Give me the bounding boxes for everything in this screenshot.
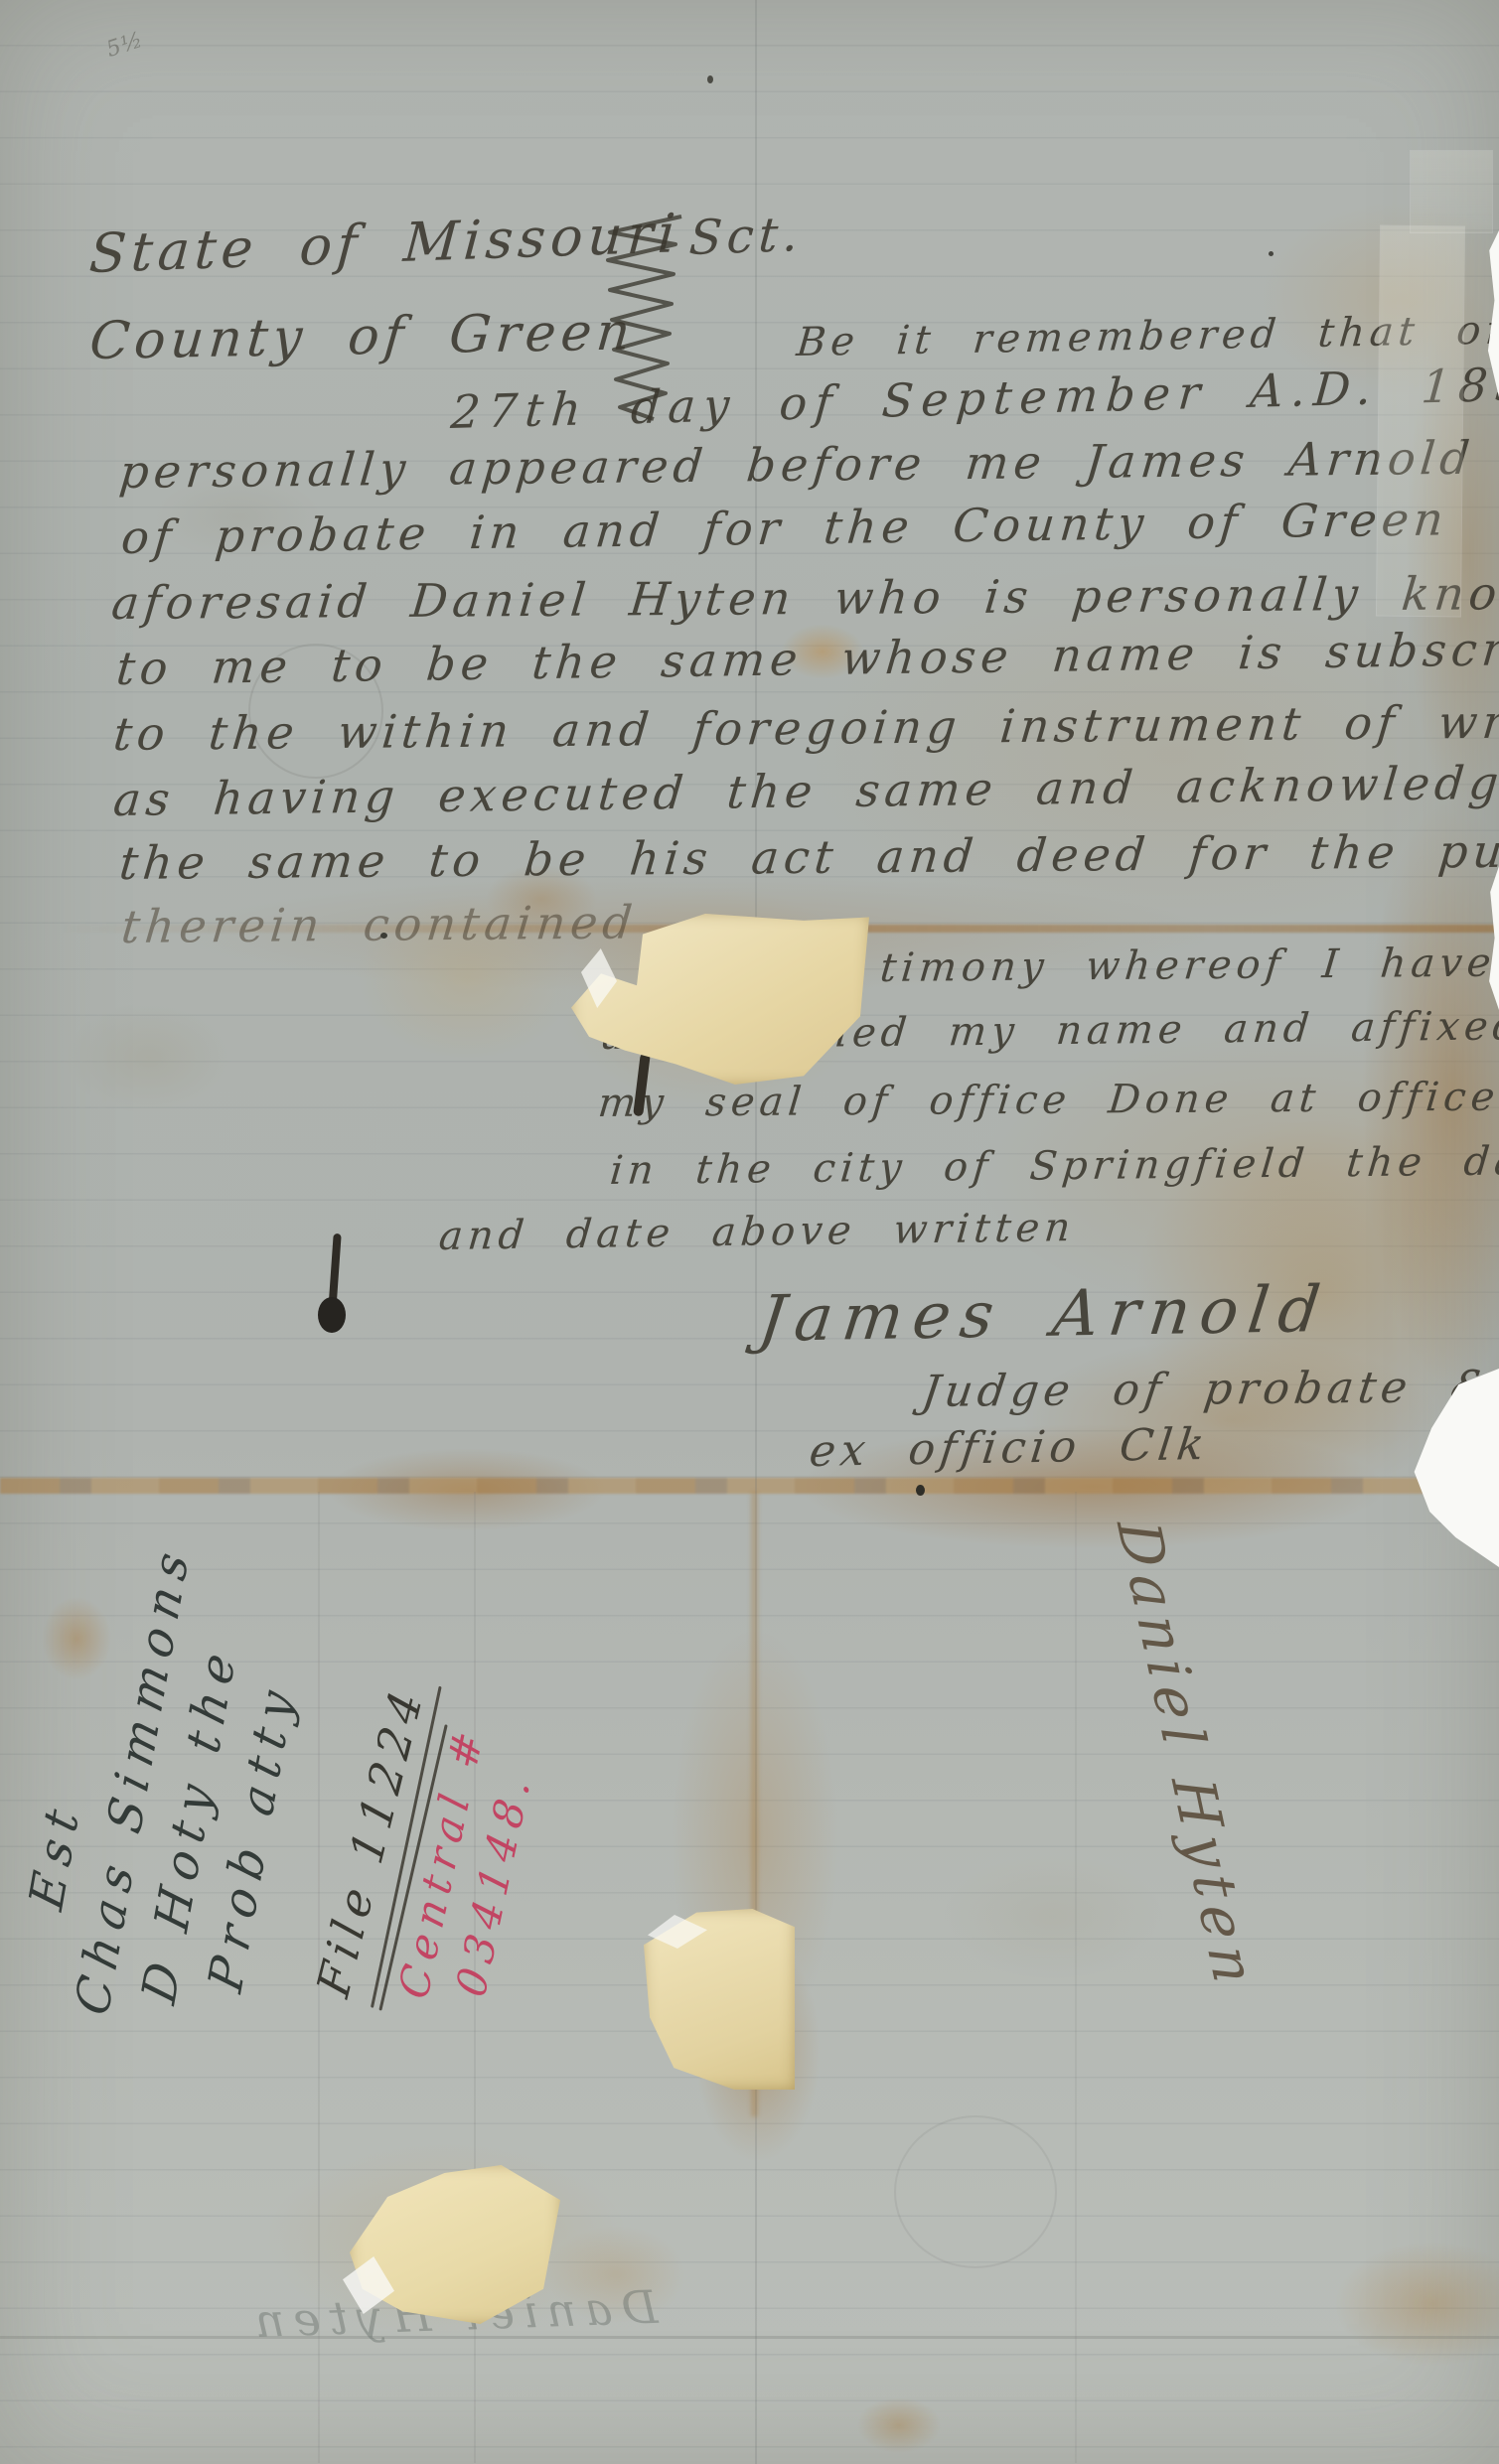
ink-speck-middle xyxy=(916,1485,925,1496)
ink-speck-fold xyxy=(380,933,387,939)
attestation-line: in the city of Springfield the day xyxy=(608,1138,1499,1194)
body-line: to me to be the same whose name is subsc… xyxy=(114,621,1499,695)
fold-line-lower xyxy=(0,2336,1499,2339)
body-line: therein contained xyxy=(119,895,640,953)
party-signature-vertical: Daniel Hyten xyxy=(1104,1520,1272,1993)
ink-blot xyxy=(318,1297,346,1333)
attestation-line: timony whereof I have here xyxy=(878,939,1499,991)
ink-speck-top xyxy=(707,75,713,83)
body-line: of probate in and for the County of Gree… xyxy=(119,492,1450,564)
pencil-notation: 5½ xyxy=(103,28,146,63)
fold-line-middle xyxy=(0,1478,1499,1494)
body-line: aforesaid Daniel Hyten who is personally… xyxy=(109,566,1499,630)
heading-state-line: State of Missouri xyxy=(87,202,682,285)
heading-county-line: County of Green xyxy=(87,302,638,371)
body-line: the same to be his act and deed for the … xyxy=(117,822,1499,890)
document-page: State of Missouri Sct. County of Green B… xyxy=(0,0,1499,2464)
judge-title-line-1: Judge of probate & xyxy=(919,1362,1498,1417)
party-signature-text: Daniel Hyten xyxy=(1104,1520,1272,1993)
vertical-crease-right xyxy=(1075,1492,1077,2463)
attestation-line: and date above written xyxy=(437,1205,1077,1259)
torn-edge-sliver-mid xyxy=(1488,866,1499,1010)
heading-sct-label: Sct. xyxy=(687,207,805,266)
body-line: personally appeared before me James Arno… xyxy=(117,429,1499,499)
faint-seal-circle xyxy=(894,2115,1057,2268)
docket-estate-block: Est Chas Simmons D Hoty the Prob atty xyxy=(0,1518,328,2058)
tape-corner xyxy=(1411,151,1492,232)
tape-strip xyxy=(1377,226,1464,617)
judge-signature: James Arnold xyxy=(755,1273,1334,1357)
judge-title-line-2: ex officio Clk xyxy=(807,1419,1212,1477)
ink-speck-right xyxy=(1269,251,1274,256)
